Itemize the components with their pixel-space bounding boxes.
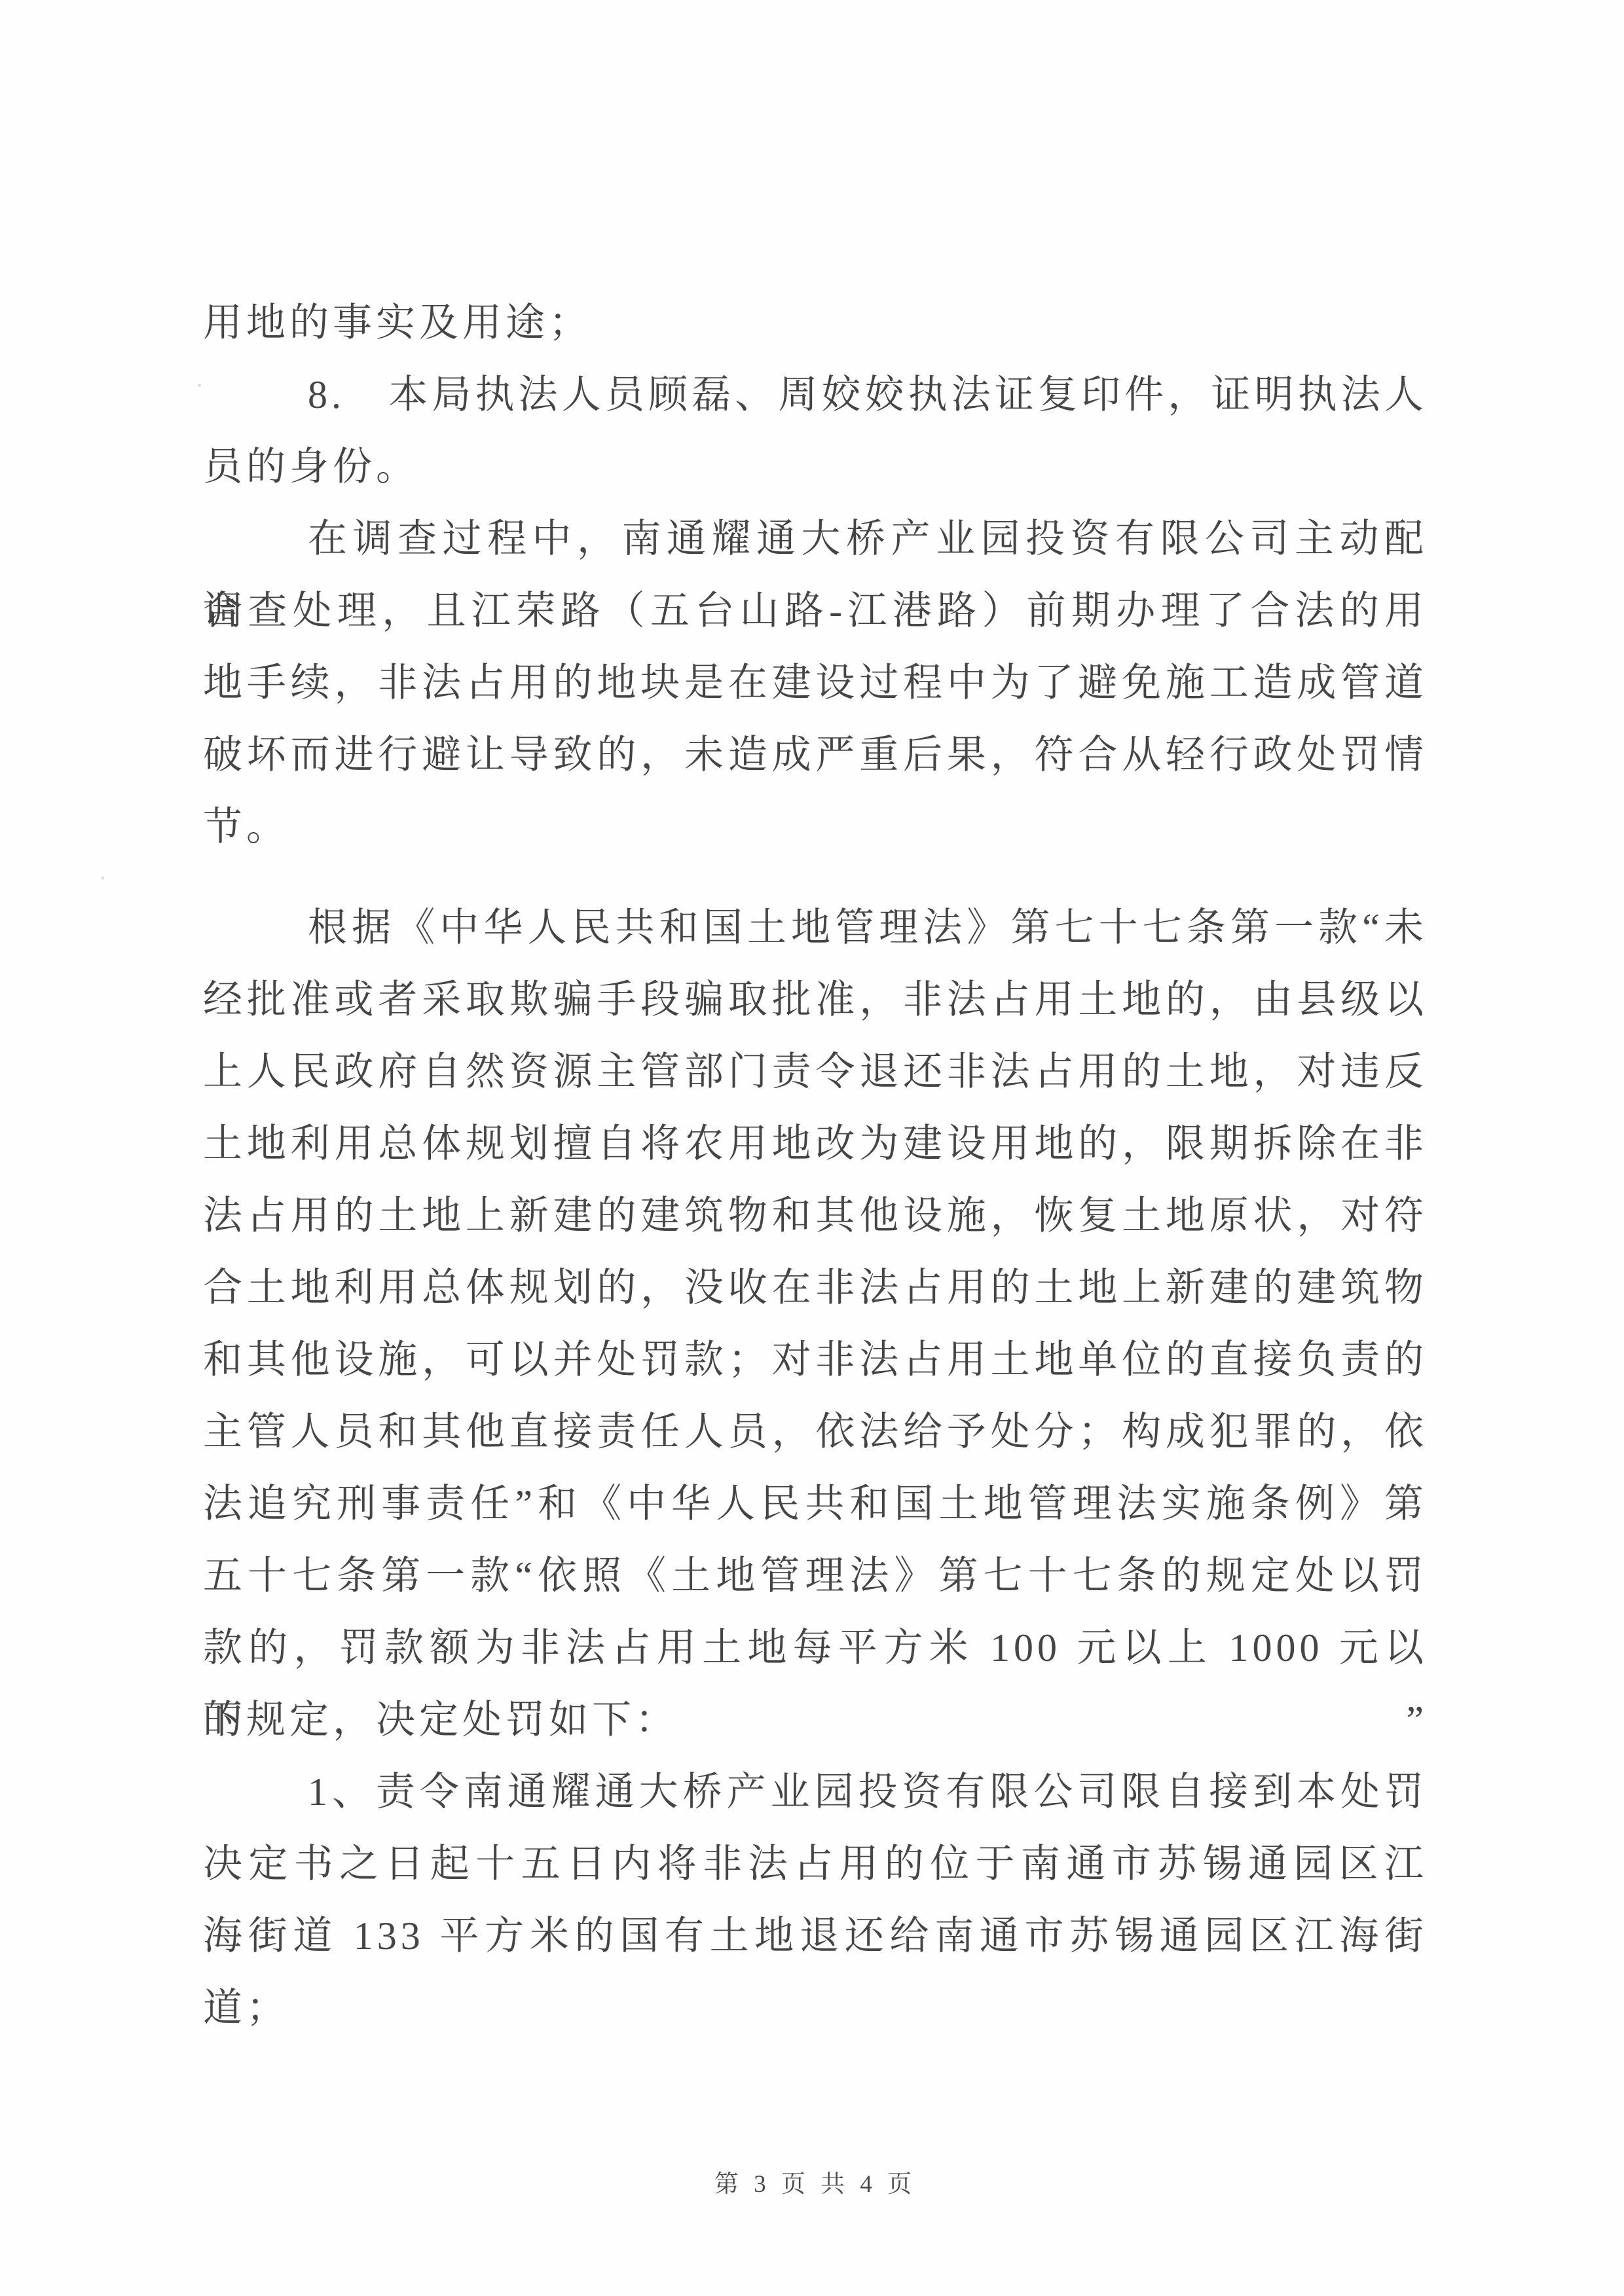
text-line: 法占用的土地上新建的建筑物和其他设施，恢复土地原状，对符 — [203, 1180, 1428, 1252]
text-line: 在调查过程中，南通耀通大桥产业园投资有限公司主动配合 — [203, 503, 1428, 575]
text-line: 款的，罚款额为非法占用土地每平方米 100 元以上 1000 元以下” — [203, 1612, 1428, 1684]
document-page: 用地的事实及用途；8. 本局执法人员顾磊、周姣姣执法证复印件，证明执法人员的身份… — [0, 0, 1624, 2296]
text-line: 法追究刑事责任”和《中华人民共和国土地管理法实施条例》第 — [203, 1468, 1428, 1540]
text-line: 和其他设施，可以并处罚款；对非法占用土地单位的直接负责的 — [203, 1324, 1428, 1396]
text-line: 五十七条第一款“依照《土地管理法》第七十七条的规定处以罚 — [203, 1540, 1428, 1612]
text-line: 主管人员和其他直接责任人员，依法给予处分；构成犯罪的，依 — [203, 1396, 1428, 1468]
text-line: 决定书之日起十五日内将非法占用的位于南通市苏锡通园区江 — [203, 1828, 1428, 1900]
text-line: 海街道 133 平方米的国有土地退还给南通市苏锡通园区江海街 — [203, 1900, 1428, 1972]
text-line: 地手续，非法占用的地块是在建设过程中为了避免施工造成管道 — [203, 647, 1428, 719]
text-line: 根据《中华人民共和国土地管理法》第七十七条第一款“未 — [203, 892, 1428, 964]
document-body: 用地的事实及用途；8. 本局执法人员顾磊、周姣姣执法证复印件，证明执法人员的身份… — [203, 287, 1428, 2044]
scan-speck — [198, 384, 201, 387]
text-line: 8. 本局执法人员顾磊、周姣姣执法证复印件，证明执法人 — [203, 359, 1428, 431]
text-line: 节。 — [203, 791, 1428, 863]
text-line: 用地的事实及用途； — [203, 287, 1428, 359]
text-line: 调查处理，且江荣路（五台山路-江港路）前期办理了合法的用 — [203, 575, 1428, 647]
text-line: 1、责令南通耀通大桥产业园投资有限公司限自接到本处罚 — [203, 1756, 1428, 1828]
text-line: 道； — [203, 1972, 1428, 2044]
text-line: 土地利用总体规划擅自将农用地改为建设用地的，限期拆除在非 — [203, 1108, 1428, 1180]
text-line: 上人民政府自然资源主管部门责令退还非法占用的土地，对违反 — [203, 1036, 1428, 1108]
scan-speck — [101, 876, 104, 880]
text-line: 员的身份。 — [203, 431, 1428, 503]
text-line: 破坏而进行避让导致的，未造成严重后果，符合从轻行政处罚情 — [203, 719, 1428, 791]
text-line: 经批准或者采取欺骗手段骗取批准，非法占用土地的，由县级以 — [203, 964, 1428, 1036]
text-line: 合土地利用总体规划的，没收在非法占用的土地上新建的建筑物 — [203, 1252, 1428, 1324]
page-footer: 第 3 页 共 4 页 — [203, 2164, 1428, 2199]
